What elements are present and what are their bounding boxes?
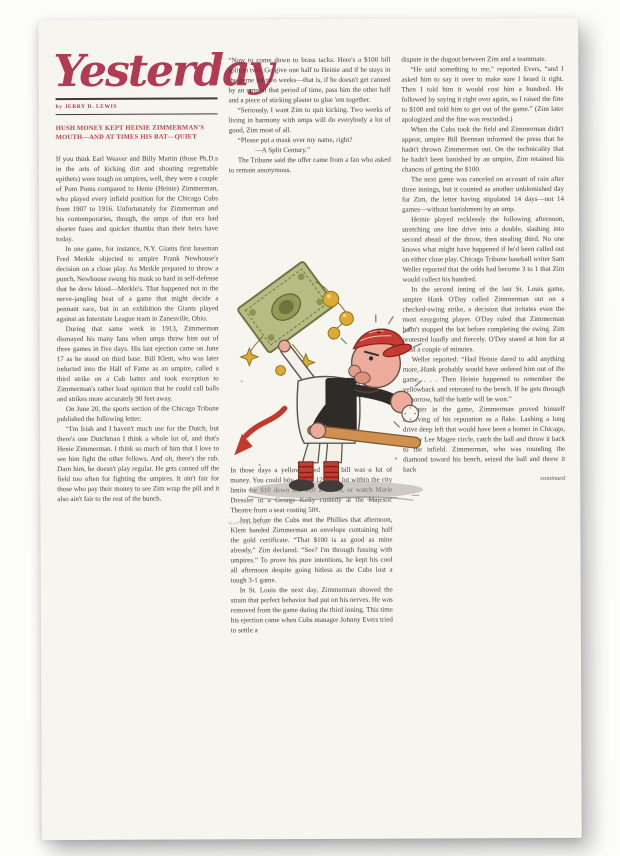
hundred-dollar-bill [237,261,335,353]
paragraph: If you think Earl Weaver and Billy Marti… [56,153,218,244]
bat-grip-hand [310,423,326,439]
paragraph: The Tribune said the offer came from a f… [229,155,391,176]
paragraph: The next game was canceled on account of… [402,174,564,215]
paragraph: “Please put a mask over my name, right? [229,135,391,146]
right-leg [326,443,343,463]
cartoon-illustration [223,234,436,527]
left-leg [302,443,320,463]
player-head [349,328,413,392]
eye [369,356,373,360]
column-left: Yesterday by JERRY D. LEWIS HUSH MONEY K… [55,55,220,636]
letter-signature: —A Split Century.” [229,145,391,156]
paragraph: dispute in the dugout between Zim and a … [401,54,563,65]
gold-bells [323,291,353,339]
left-hand [279,340,291,352]
headline: HUSH MONEY KEPT HEINIE ZIMMERMAN'S MOUTH… [56,123,218,142]
nose [355,372,371,384]
red-arrow-ribbon [234,408,285,455]
paragraph: “He said something to me,” reported Ever… [401,64,563,125]
cartoon-player [278,314,422,492]
page-title: Yesterday [53,49,217,94]
paragraph: During that same week in 1913, Zimmerman… [57,323,219,404]
striped-socks [299,462,339,482]
rule-under-title [56,97,218,100]
screenshot-canvas: Yesterday by JERRY D. LEWIS HUSH MONEY K… [0,0,620,856]
masthead: Yesterday by JERRY D. LEWIS HUSH MONEY K… [55,49,217,142]
right-shoe [318,480,343,492]
paragraph: When the Cubs took the field and Zimmerm… [402,124,564,175]
paragraph: “Seriously, I want Zim to quit kicking. … [229,105,391,136]
paragraph: “Now to come down to brass tacks: Here's… [228,55,390,106]
left-shoe [289,479,314,491]
paragraph: In one game, for instance, N.Y. Giants f… [56,243,218,324]
paragraph: On June 20, the sports section of the Ch… [57,403,219,424]
byline: by JERRY D. LEWIS [56,101,218,112]
paragraph: “I'm Irish and I haven't much use for th… [57,423,219,504]
magazine-page: Yesterday by JERRY D. LEWIS HUSH MONEY K… [38,18,582,840]
rule-under-byline [56,113,218,115]
illustration-caption: ILLUSTRATED BY [228,520,270,525]
paragraph: In St. Louis the next day, Zimmerman sho… [231,585,393,636]
